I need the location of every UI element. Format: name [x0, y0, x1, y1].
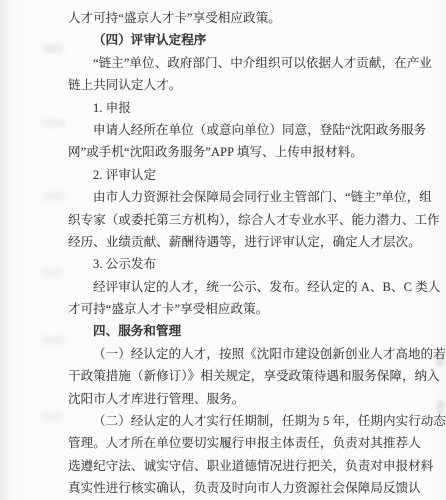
- list-item-heading: 1. 申报: [68, 97, 430, 119]
- doc-line: 管理。人才所在单位要切实履行申报主体责任，负责对其推荐人: [68, 432, 430, 454]
- doc-line: 才可持“盛京人才卡”享受相应政策。: [68, 298, 430, 320]
- doc-line: 申请人经所在单位（或意向单位）同意，登陆“沈阳政务服务: [68, 119, 430, 141]
- doc-line: 选遵纪守法、诚实守信、职业道德情况进行把关，负责对申报材料: [68, 455, 430, 477]
- doc-line: 经历、业绩贡献、薪酬待遇等，进行评审认定，确定人才层次。: [68, 231, 430, 253]
- doc-line: 人才可持“盛京人才卡”享受相应政策。: [68, 7, 430, 29]
- scan-artifact: [40, 268, 64, 277]
- subsection-heading: （四）评审认定程序: [68, 29, 430, 51]
- document-body: 人才可持“盛京人才卡”享受相应政策。 （四）评审认定程序 “链主”单位、政府部门…: [68, 7, 430, 500]
- doc-line: （二）经认定的人才实行任期制，任期为 5 年，任期内实行动态: [68, 410, 430, 432]
- list-item-heading: 3. 公示发布: [68, 253, 430, 275]
- doc-line: 织专家（或委托第三方机构），综合人才专业水平、能力潜力、工作: [68, 209, 430, 231]
- scan-artifact: [44, 192, 64, 201]
- scan-artifact: [40, 118, 66, 127]
- scan-artifact: [40, 412, 64, 421]
- section-heading: 四、服务和管理: [68, 320, 430, 342]
- doc-line: “链主”单位、政府部门、中介组织可以依据人才贡献，在产业: [68, 52, 430, 74]
- doc-line: 由市人力资源社会保障局会同行业主管部门、“链主”单位，组: [68, 186, 430, 208]
- doc-line: 网”或手机“沈阳政务服务”APP 填写、上传申报材料。: [68, 141, 430, 163]
- list-item-heading: 2. 评审认定: [68, 164, 430, 186]
- doc-line: 真实性进行核实确认，负责及时向市人力资源社会保障局反馈认: [68, 477, 430, 499]
- page-edge-shadow: [0, 0, 10, 500]
- scan-artifact: [42, 44, 64, 53]
- doc-line: 沈阳市人才库进行管理、服务。: [68, 388, 430, 410]
- doc-line: 经评审认定的人才，统一公示、发布。经认定的 A、B、C 类人: [68, 276, 430, 298]
- doc-line: （一）经认定的人才，按照《沈阳市建设创新创业人才高地的若: [68, 343, 430, 365]
- scanned-document-page: 人才可持“盛京人才卡”享受相应政策。 （四）评审认定程序 “链主”单位、政府部门…: [0, 0, 446, 500]
- doc-line: 链上共同认定人才。: [68, 74, 430, 96]
- scan-artifact: [42, 336, 64, 345]
- doc-line: 干政策措施（新修订）》相关规定，享受政策待遇和服务保障，纳入: [68, 365, 430, 387]
